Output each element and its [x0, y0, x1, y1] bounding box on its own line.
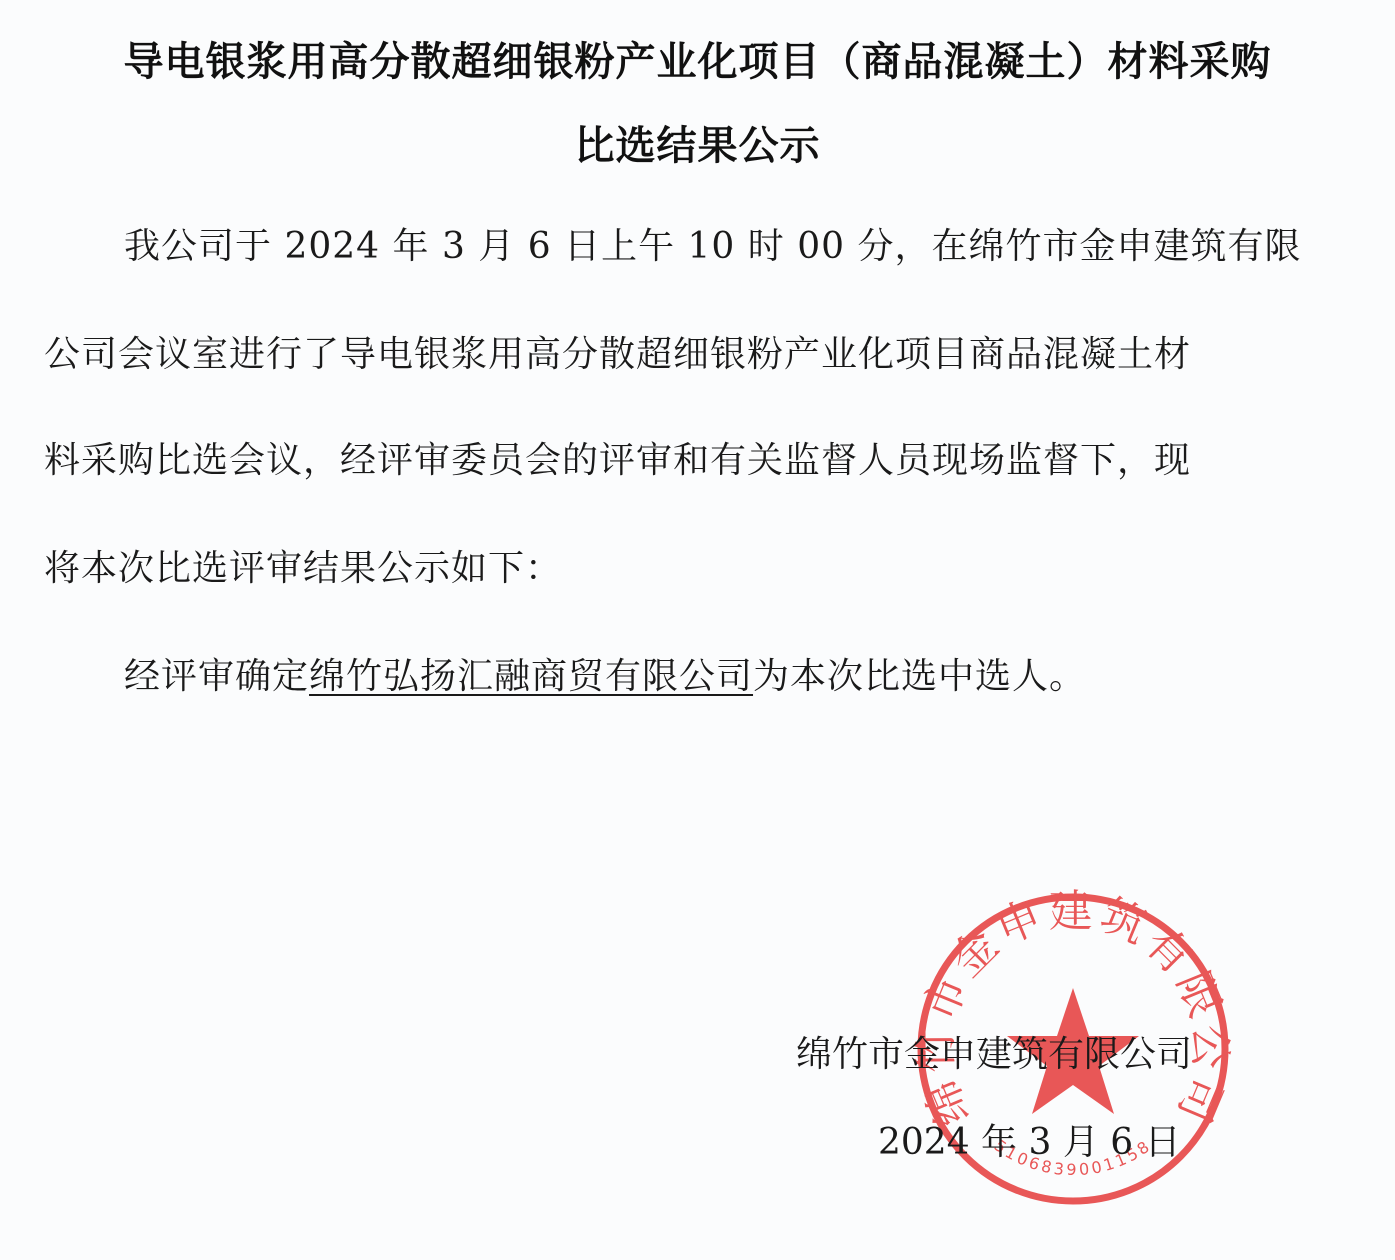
result-statement: 经评审确定绵竹弘扬汇融商贸有限公司为本次比选中选人。 [124, 648, 1086, 699]
winning-company: 绵竹弘扬汇融商贸有限公司 [309, 656, 753, 697]
result-prefix: 经评审确定 [124, 656, 309, 697]
paragraph-1-line-4: 将本次比选评审结果公示如下： [44, 540, 562, 591]
document-title-line-2: 比选结果公示 [0, 114, 1395, 171]
document-title-line-1: 导电银浆用高分散超细银粉产业化项目（商品混凝土）材料采购 [0, 30, 1395, 87]
paragraph-1-line-3: 料采购比选会议，经评审委员会的评审和有关监督人员现场监督下，现 [44, 432, 1191, 483]
paragraph-1-line-2: 公司会议室进行了导电银浆用高分散超细银粉产业化项目商品混凝土材 [44, 326, 1191, 377]
signature-date: 2024 年 3 月 6 日 [878, 1114, 1181, 1165]
result-suffix: 为本次比选中选人。 [753, 656, 1086, 697]
announcement-page: 导电银浆用高分散超细银粉产业化项目（商品混凝土）材料采购 比选结果公示 我公司于… [0, 0, 1395, 1260]
paragraph-1-line-1: 我公司于 2024 年 3 月 6 日上午 10 时 00 分，在绵竹市金申建筑… [124, 218, 1301, 269]
signature-company: 绵竹市金申建筑有限公司 [796, 1026, 1192, 1077]
